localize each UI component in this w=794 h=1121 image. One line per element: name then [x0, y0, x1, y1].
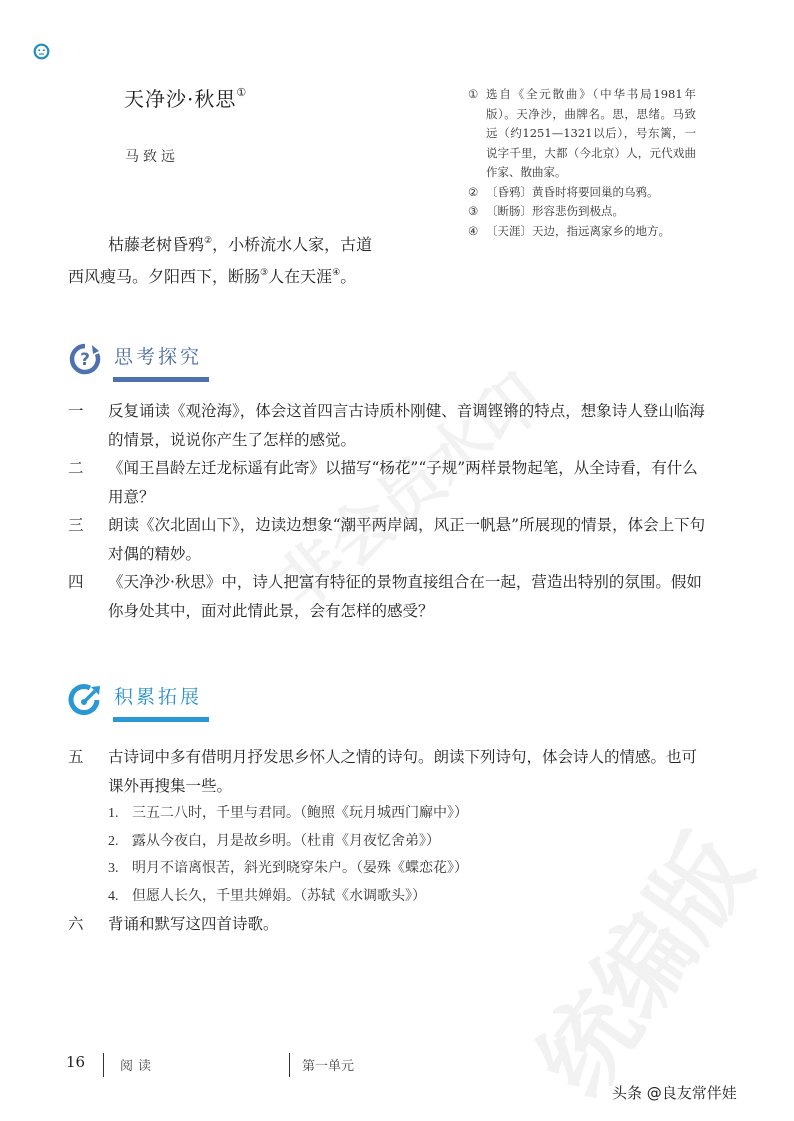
poem-line: 西风瘦马。夕阳西下，断肠③人在天涯④。 [68, 259, 428, 291]
divider [103, 1053, 104, 1077]
question-text: 朗读《次北固山下》，边读边想象“潮平两岸阔，风正一帆悬”所展现的情景，体会上下句… [108, 511, 708, 568]
section-underline [113, 717, 209, 722]
question-text: 《天净沙·秋思》中，诗人把富有特征的景物直接组合在一起，营造出特别的氛围。假如你… [108, 568, 708, 625]
question-item: 三 朗读《次北固山下》，边读边想象“潮平两岸阔，风正一帆悬”所展现的情景，体会上… [68, 511, 708, 568]
footer-unit: 第一单元 [302, 1055, 354, 1074]
source-attribution: 头条 @良友常伴娃 [612, 1082, 737, 1103]
poem-line: 枯藤老树昏鸦②，小桥流水人家，古道 [68, 227, 428, 259]
footnote-number: ④ [468, 222, 486, 242]
footnote-marker: ④ [332, 268, 340, 278]
question-number: 四 [68, 568, 108, 625]
section-underline [113, 377, 209, 382]
footer-section: 阅读 [120, 1055, 156, 1074]
question-item: 一 反复诵读《观沧海》，体会这首四言古诗质朴刚健、音调铿锵的特点，想象诗人登山临… [68, 397, 708, 454]
footnote-text: 〔昏鸦〕黄昏时将要回巢的乌鸦。 [486, 183, 696, 203]
question-item: 四 《天净沙·秋思》中，诗人把富有特征的景物直接组合在一起，营造出特别的氛围。假… [68, 568, 708, 625]
section-title: 思考探究 [114, 342, 202, 369]
footnote: ② 〔昏鸦〕黄昏时将要回巢的乌鸦。 [468, 183, 696, 203]
footnote: ③ 〔断肠〕形容悲伤到极点。 [468, 202, 696, 222]
footnote-text: 〔天涯〕天边，指远离家乡的地方。 [486, 222, 696, 242]
verse-item: 4. 但愿人长久，千里共婵娟。（苏轼《水调歌头》） [108, 883, 708, 911]
question-cycle-icon: ? [68, 342, 102, 376]
page-number: 16 [66, 1053, 85, 1071]
question-text: 《闻王昌龄左迁龙标遥有此寄》以描写“杨花”“子规”两样景物起笔，从全诗看，有什么… [108, 454, 708, 511]
question-item: 六 背诵和默写这四首诗歌。 [68, 910, 708, 939]
section-header-think: ? 思考探究 [68, 342, 202, 376]
question-text: 古诗词中多有借明月抒发思乡怀人之情的诗句。朗读下列诗句，体会诗人的情感。也可课外… [108, 743, 708, 800]
extend-questions: 五 古诗词中多有借明月抒发思乡怀人之情的诗句。朗读下列诗句，体会诗人的情感。也可… [68, 743, 708, 939]
svg-text:?: ? [80, 350, 90, 370]
verse-item: 2. 露从今夜白，月是故乡明。（杜甫《月夜忆舍弟》） [108, 828, 708, 856]
question-number: 五 [68, 743, 108, 800]
question-number: 三 [68, 511, 108, 568]
divider [289, 1053, 290, 1077]
think-questions: 一 反复诵读《观沧海》，体会这首四言古诗质朴刚健、音调铿锵的特点，想象诗人登山临… [68, 397, 708, 625]
question-item: 五 古诗词中多有借明月抒发思乡怀人之情的诗句。朗读下列诗句，体会诗人的情感。也可… [68, 743, 708, 800]
footnote-number: ② [468, 183, 486, 203]
poem-title: 天净沙·秋思① [124, 83, 247, 112]
smiley-icon [33, 43, 50, 60]
section-header-extend: 积累拓展 [68, 682, 202, 716]
footnote: ④ 〔天涯〕天边，指远离家乡的地方。 [468, 222, 696, 242]
question-number: 六 [68, 910, 108, 939]
question-text: 反复诵读《观沧海》，体会这首四言古诗质朴刚健、音调铿锵的特点，想象诗人登山临海的… [108, 397, 708, 454]
verse-item: 3. 明月不谙离恨苦，斜光到晓穿朱户。（晏殊《蝶恋花》） [108, 855, 708, 883]
verse-item: 1. 三五二八时，千里与君同。（鲍照《玩月城西门廨中》） [108, 800, 708, 828]
question-text: 背诵和默写这四首诗歌。 [108, 910, 708, 939]
footnote-text: 选自《全元散曲》（中华书局1981年版）。天净沙，曲牌名。思，思绪。马致远（约1… [486, 85, 696, 183]
question-number: 二 [68, 454, 108, 511]
poem-author: 马致远 [125, 146, 179, 166]
section-title: 积累拓展 [114, 682, 202, 709]
footnote-marker: ① [236, 86, 247, 99]
verse-list: 1. 三五二八时，千里与君同。（鲍照《玩月城西门廨中》） 2. 露从今夜白，月是… [108, 800, 708, 910]
footnotes: ① 选自《全元散曲》（中华书局1981年版）。天净沙，曲牌名。思，思绪。马致远（… [468, 85, 696, 241]
footnote-marker: ③ [260, 268, 268, 278]
footnote-text: 〔断肠〕形容悲伤到极点。 [486, 202, 696, 222]
footnote-marker: ② [204, 236, 212, 246]
footnote: ① 选自《全元散曲》（中华书局1981年版）。天净沙，曲牌名。思，思绪。马致远（… [468, 85, 696, 183]
footnote-number: ③ [468, 202, 486, 222]
arrow-cycle-icon [68, 682, 102, 716]
question-item: 二 《闻王昌龄左迁龙标遥有此寄》以描写“杨花”“子规”两样景物起笔，从全诗看，有… [68, 454, 708, 511]
poem-title-text: 天净沙·秋思 [124, 87, 236, 111]
poem-body: 枯藤老树昏鸦②，小桥流水人家，古道 西风瘦马。夕阳西下，断肠③人在天涯④。 [68, 227, 428, 291]
question-number: 一 [68, 397, 108, 454]
footnote-number: ① [468, 85, 486, 183]
